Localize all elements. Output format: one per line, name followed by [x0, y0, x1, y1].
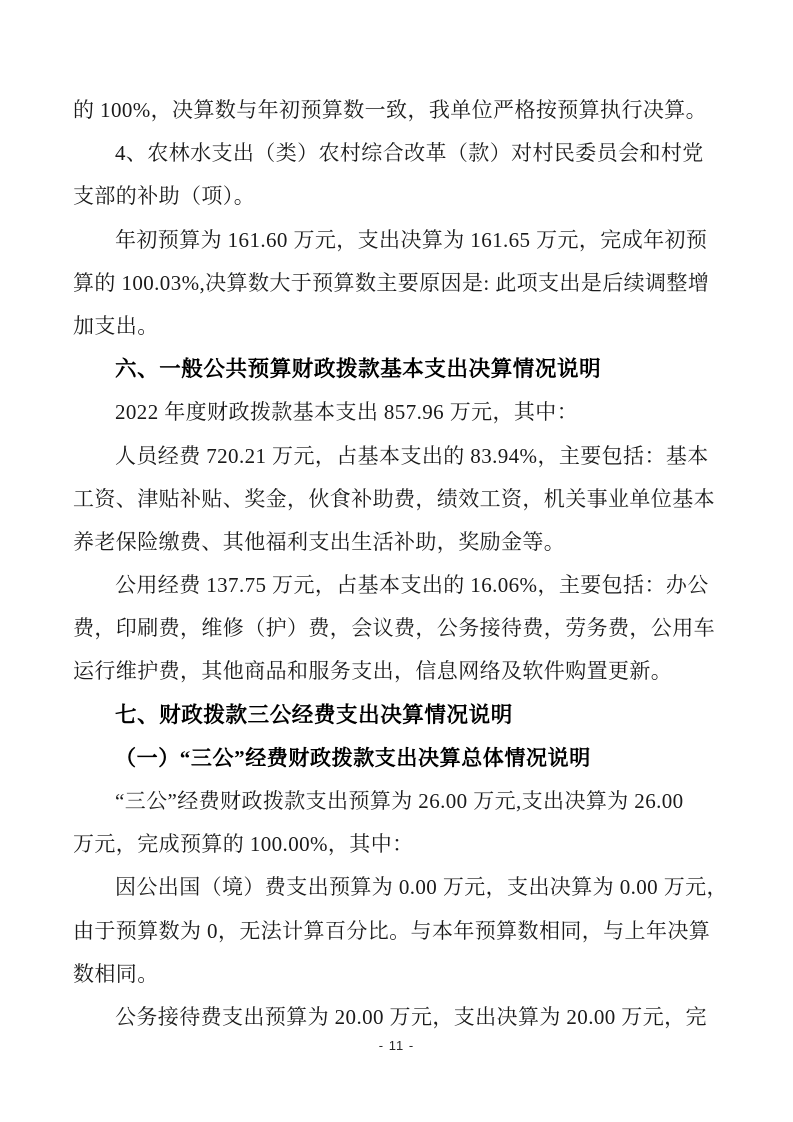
body-line: 4、农林水支出（类）农村综合改革（款）对村民委员会和村党 — [73, 132, 721, 175]
body-line: 算的 100.03%,决算数大于预算数主要原因是: 此项支出是后续调整增 — [73, 262, 721, 305]
body-line: 支部的补助（项）。 — [73, 175, 721, 218]
body-line: 人员经费 720.21 万元，占基本支出的 83.94%，主要包括：基本 — [73, 435, 721, 478]
body-line: 万元，完成预算的 100.00%，其中： — [73, 823, 721, 866]
body-line: 因公出国（境）费支出预算为 0.00 万元，支出决算为 0.00 万元， — [73, 866, 721, 909]
body-line: 费，印刷费，维修（护）费，会议费，公务接待费，劳务费，公用车 — [73, 607, 721, 650]
body-line: 年初预算为 161.60 万元，支出决算为 161.65 万元，完成年初预 — [73, 219, 721, 262]
body-line: 公务接待费支出预算为 20.00 万元，支出决算为 20.00 万元，完 — [73, 996, 721, 1039]
body-line: 公用经费 137.75 万元，占基本支出的 16.06%，主要包括：办公 — [73, 564, 721, 607]
body-line: 运行维护费，其他商品和服务支出，信息网络及软件购置更新。 — [73, 650, 721, 693]
heading-subsection-one: （一）“三公”经费财政拨款支出决算总体情况说明 — [73, 737, 721, 780]
body-line: 的 100%，决算数与年初预算数一致，我单位严格按预算执行决算。 — [73, 89, 721, 132]
body-line: 数相同。 — [73, 953, 721, 996]
body-line: 加支出。 — [73, 305, 721, 348]
body-line: 由于预算数为 0，无法计算百分比。与本年预算数相同，与上年决算 — [73, 910, 721, 953]
document-body: 的 100%，决算数与年初预算数一致，我单位严格按预算执行决算。 4、农林水支出… — [73, 89, 721, 1039]
page-number: - 11 - — [0, 1038, 793, 1053]
body-line: 养老保险缴费、其他福利支出生活补助，奖励金等。 — [73, 521, 721, 564]
document-page: 的 100%，决算数与年初预算数一致，我单位严格按预算执行决算。 4、农林水支出… — [0, 0, 793, 1122]
heading-section-seven: 七、财政拨款三公经费支出决算情况说明 — [73, 694, 721, 737]
body-line: “三公”经费财政拨款支出预算为 26.00 万元,支出决算为 26.00 — [73, 780, 721, 823]
body-line: 工资、津贴补贴、奖金，伙食补助费，绩效工资，机关事业单位基本 — [73, 478, 721, 521]
heading-section-six: 六、一般公共预算财政拨款基本支出决算情况说明 — [73, 348, 721, 391]
body-line: 2022 年度财政拨款基本支出 857.96 万元，其中： — [73, 391, 721, 434]
